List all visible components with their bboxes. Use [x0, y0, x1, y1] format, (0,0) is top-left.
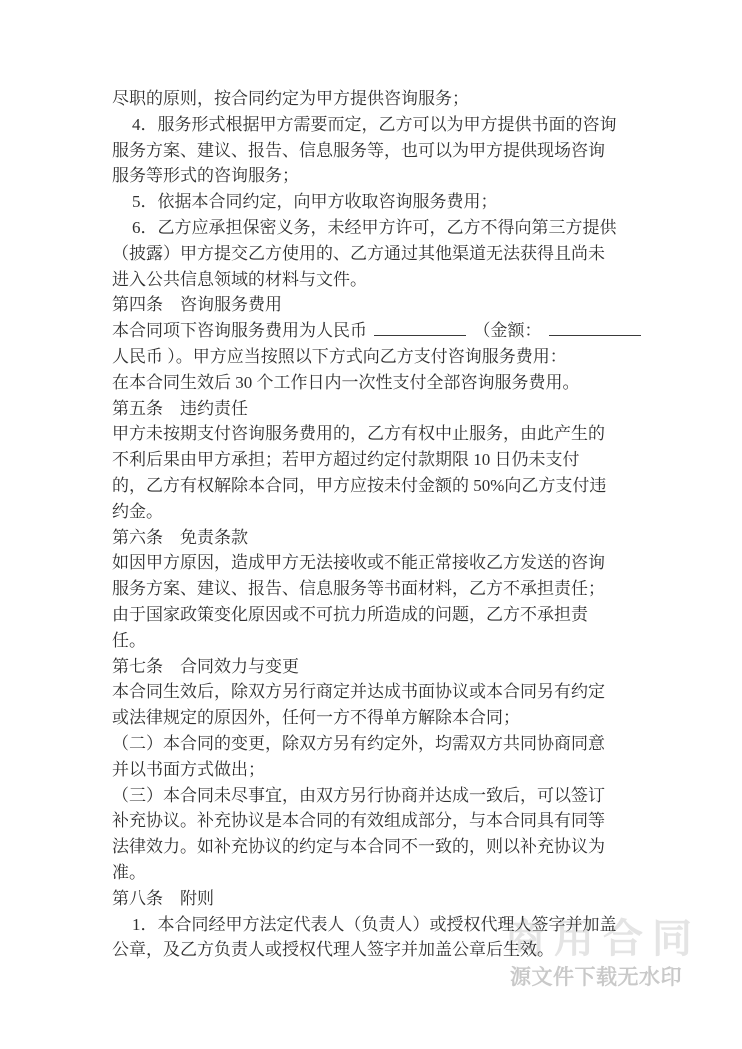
- watermark-subtitle-text: 源文件下载无水印: [510, 966, 682, 990]
- contract-line: 准。: [112, 860, 634, 886]
- contract-line: 任。: [112, 628, 634, 654]
- contract-line: 甲方未按期支付咨询服务费用的，乙方有权中止服务，由此产生的: [112, 421, 634, 447]
- contract-line: 5．依据本合同约定，向甲方收取咨询服务费用；: [112, 189, 634, 215]
- contract-line: 尽职的原则，按合同约定为甲方提供咨询服务；: [112, 86, 634, 112]
- contract-line: 人民币 ）。甲方应当按照以下方式向乙方支付咨询服务费用：: [112, 344, 634, 370]
- contract-line: 约金。: [112, 499, 634, 525]
- contract-line: （二）本合同的变更，除双方另有约定外，均需双方共同协商同意: [112, 731, 634, 757]
- contract-line-text: 本合同项下咨询服务费用为人民币: [112, 321, 371, 340]
- contract-line: 4．服务形式根据甲方需要而定，乙方可以为甲方提供书面的咨询: [112, 112, 634, 138]
- contract-line: （披露）甲方提交乙方使用的、乙方通过其他渠道无法获得且尚未: [112, 241, 634, 267]
- section-heading: 第八条 附则: [112, 886, 634, 912]
- section-heading: 第七条 合同效力与变更: [112, 654, 634, 680]
- contract-line: 的，乙方有权解除本合同，甲方应按未付金额的 50%向乙方支付违: [112, 473, 634, 499]
- contract-line: 本合同项下咨询服务费用为人民币 （金额：: [112, 318, 634, 344]
- contract-line: 进入公共信息领域的材料与文件。: [112, 267, 634, 293]
- contract-line: 本合同生效后，除双方另行商定并达成书面协议或本合同另有约定: [112, 679, 634, 705]
- section-heading: 第六条 免责条款: [112, 525, 634, 551]
- contract-line: 法律效力。如补充协议的约定与本合同不一致的，则以补充协议为: [112, 834, 634, 860]
- contract-line: 6．乙方应承担保密义务，未经甲方许可，乙方不得向第三方提供: [112, 215, 634, 241]
- contract-body: 尽职的原则，按合同约定为甲方提供咨询服务；4．服务形式根据甲方需要而定，乙方可以…: [112, 86, 634, 963]
- contract-line-text: （金额：: [469, 321, 546, 340]
- contract-line: 服务方案、建议、报告、信息服务等书面材料，乙方不承担责任；: [112, 576, 634, 602]
- contract-line: 公章，及乙方负责人或授权代理人签字并加盖公章后生效。: [112, 937, 634, 963]
- section-heading: 第四条 咨询服务费用: [112, 292, 634, 318]
- fill-in-blank: [549, 321, 641, 336]
- contract-line: 1．本合同经甲方法定代表人（负责人）或授权代理人签字并加盖: [112, 912, 634, 938]
- contract-line: 服务方案、建议、报告、信息服务等，也可以为甲方提供现场咨询: [112, 138, 634, 164]
- section-heading: 第五条 违约责任: [112, 396, 634, 422]
- contract-line: 不利后果由甲方承担；若甲方超过约定付款期限 10 日仍未支付: [112, 447, 634, 473]
- contract-line: 服务等形式的咨询服务；: [112, 163, 634, 189]
- contract-line: 由于国家政策变化原因或不可抗力所造成的问题，乙方不承担责: [112, 602, 634, 628]
- contract-line: 并以书面方式做出；: [112, 757, 634, 783]
- contract-line: 在本合同生效后 30 个工作日内一次性支付全部咨询服务费用。: [112, 370, 634, 396]
- contract-line: （三）本合同未尽事宜，由双方另行协商并达成一致后，可以签订: [112, 783, 634, 809]
- contract-line: 补充协议。补充协议是本合同的有效组成部分，与本合同具有同等: [112, 808, 634, 834]
- contract-line: 或法律规定的原因外，任何一方不得单方解除本合同；: [112, 705, 634, 731]
- contract-page: 商用合同 源文件下载无水印 尽职的原则，按合同约定为甲方提供咨询服务；4．服务形…: [0, 0, 742, 1049]
- fill-in-blank: [374, 321, 466, 336]
- contract-line: 如因甲方原因，造成甲方无法接收或不能正常接收乙方发送的咨询: [112, 550, 634, 576]
